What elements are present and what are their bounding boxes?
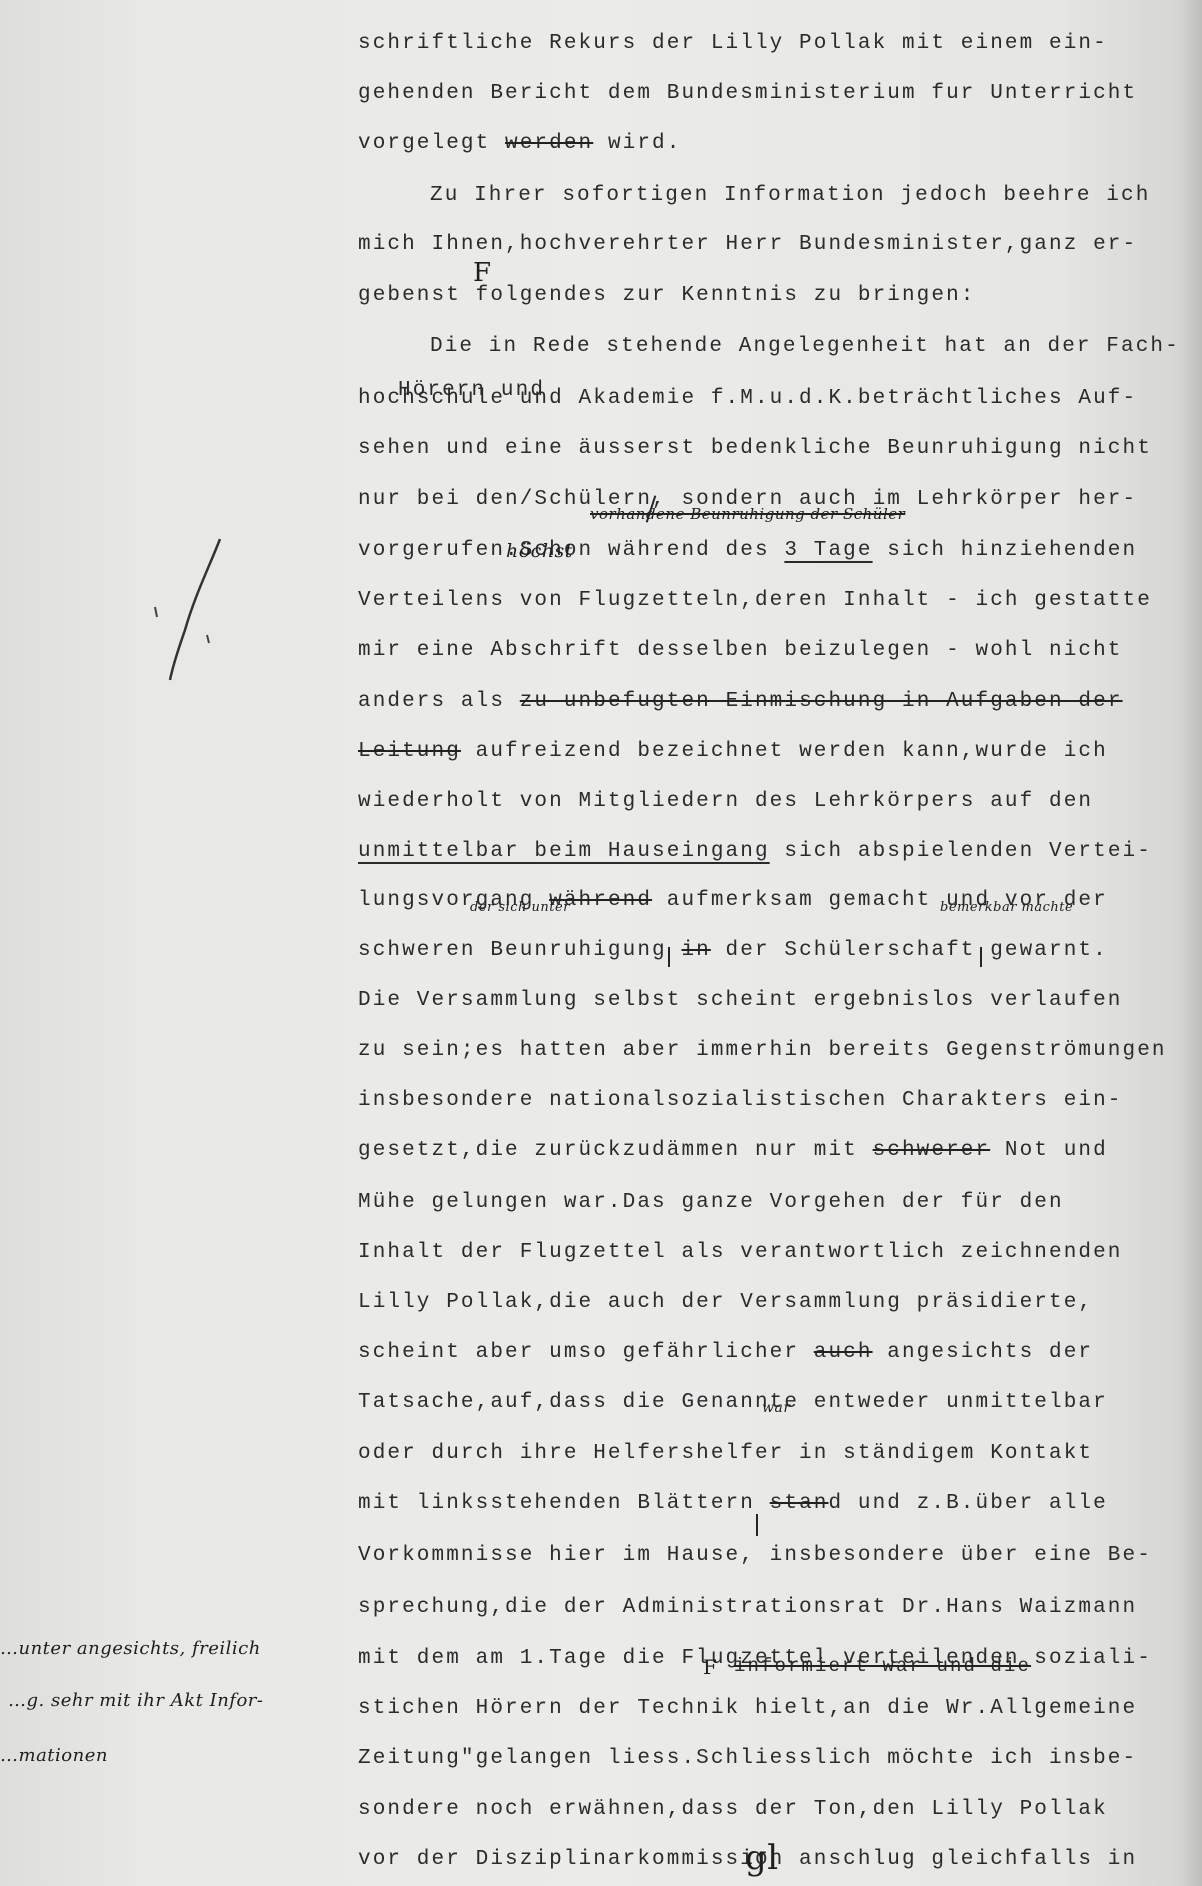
typed-line: gehenden Bericht dem Bundesministerium f… xyxy=(358,81,1137,107)
margin-note-line: …mationen xyxy=(0,1745,108,1766)
typed-line: mir eine Abschrift desselben beizulegen … xyxy=(358,638,1123,664)
underlined-text: unmittelbar beim Hauseingang xyxy=(358,840,770,863)
typed-line: gebenst folgendes zur Kenntnis zu bringe… xyxy=(358,283,976,309)
typed-line: Zu Ihrer sofortigen Information jedoch b… xyxy=(430,183,1150,209)
handwritten-insertion-hoechst: höchst xyxy=(506,540,573,562)
typed-line: scheint aber umso gefährlicher auch ange… xyxy=(358,1340,1093,1366)
typed-line: gesetzt,die zurückzudämmen nur mit schwe… xyxy=(358,1138,1108,1164)
struck-text: in xyxy=(681,939,710,962)
struck-text: auch xyxy=(814,1341,873,1364)
typed-line: Mühe gelungen war.Das ganze Vorgehen der… xyxy=(358,1190,1064,1216)
handwritten-insertion-der-sich-unter: der sich unter xyxy=(470,900,570,915)
struck-text: werden xyxy=(505,132,593,155)
typed-line: insbesondere nationalsozialistischen Cha… xyxy=(358,1088,1123,1114)
insertion-stroke xyxy=(668,947,670,967)
typed-line: unmittelbar beim Hauseingang sich abspie… xyxy=(358,839,1152,865)
struck-handwritten-insertion: vorhandene Beunruhigung der Schüler xyxy=(590,505,905,523)
typed-line: Inhalt der Flugzettel als verantwortlich… xyxy=(358,1240,1123,1266)
underlined-text: 3 Tage xyxy=(784,539,872,562)
handwritten-insertion-bemerkbar: bemerkbar machte xyxy=(940,900,1073,915)
typed-line: mich Ihnen,hochverehrter Herr Bundesmini… xyxy=(358,232,1137,258)
typed-line: anders als zu unbefugten Einmischung in … xyxy=(358,689,1123,715)
struck-text: stan xyxy=(770,1492,829,1515)
insertion-stroke xyxy=(756,1514,758,1536)
typed-line: sondere noch erwähnen,dass der Ton,den L… xyxy=(358,1797,1108,1823)
typed-line: Verteilens von Flugzetteln,deren Inhalt … xyxy=(358,588,1152,614)
margin-stroke xyxy=(150,535,230,685)
typed-line: Zeitung"gelangen liess.Schliesslich möch… xyxy=(358,1746,1137,1772)
handwritten-insertion-war: war xyxy=(762,1400,791,1416)
typed-line: schweren Beunruhigung in der Schülerscha… xyxy=(358,938,1108,964)
struck-typed-insertion: informiert war und die xyxy=(734,1655,1031,1677)
typed-line: wiederholt von Mitgliedern des Lehrkörpe… xyxy=(358,789,1093,815)
struck-text: schwerer xyxy=(873,1139,991,1162)
typed-line: oder durch ihre Helfershelfer in ständig… xyxy=(358,1441,1093,1467)
typed-line: sprechung,die der Administrationsrat Dr.… xyxy=(358,1595,1137,1621)
typed-line: Tatsache,auf,dass die Genannte entweder … xyxy=(358,1390,1108,1416)
handwritten-mark-gl: gl xyxy=(745,1838,779,1878)
handwritten-correction-F: F xyxy=(473,258,492,288)
typed-line: zu sein;es hatten aber immerhin bereits … xyxy=(358,1038,1167,1064)
struck-text: zu unbefugten Einmischung in Aufgaben de… xyxy=(520,690,1123,713)
typed-line: Leitung aufreizend bezeichnet werden kan… xyxy=(358,739,1108,765)
struck-text: Leitung xyxy=(358,740,461,763)
typed-line: Die Versammlung selbst scheint ergebnisl… xyxy=(358,988,1123,1014)
typed-line: Lilly Pollak,die auch der Versammlung pr… xyxy=(358,1290,1093,1316)
typed-insertion-hoerern: Hörern und xyxy=(398,379,545,402)
handwritten-correction-F2: F xyxy=(703,1655,717,1679)
typed-line: stichen Hörern der Technik hielt,an die … xyxy=(358,1696,1137,1722)
typed-line: vorgerufen.Schon während des 3 Tage sich… xyxy=(358,538,1137,564)
typed-line: Vorkommnisse hier im Hause, insbesondere… xyxy=(358,1543,1152,1569)
typed-line: vorgelegt werden wird. xyxy=(358,131,681,157)
typed-line: schriftliche Rekurs der Lilly Pollak mit… xyxy=(358,31,1108,57)
typed-line: mit linksstehenden Blättern stand und z.… xyxy=(358,1491,1108,1517)
margin-note-line: …unter angesichts, freilich xyxy=(0,1638,261,1659)
insertion-stroke xyxy=(980,947,982,967)
margin-note-line: …g. sehr mit ihr Akt Infor- xyxy=(8,1690,263,1711)
typed-line: sehen und eine äusserst bedenkliche Beun… xyxy=(358,436,1152,462)
typed-line: Die in Rede stehende Angelegenheit hat a… xyxy=(430,334,1180,360)
